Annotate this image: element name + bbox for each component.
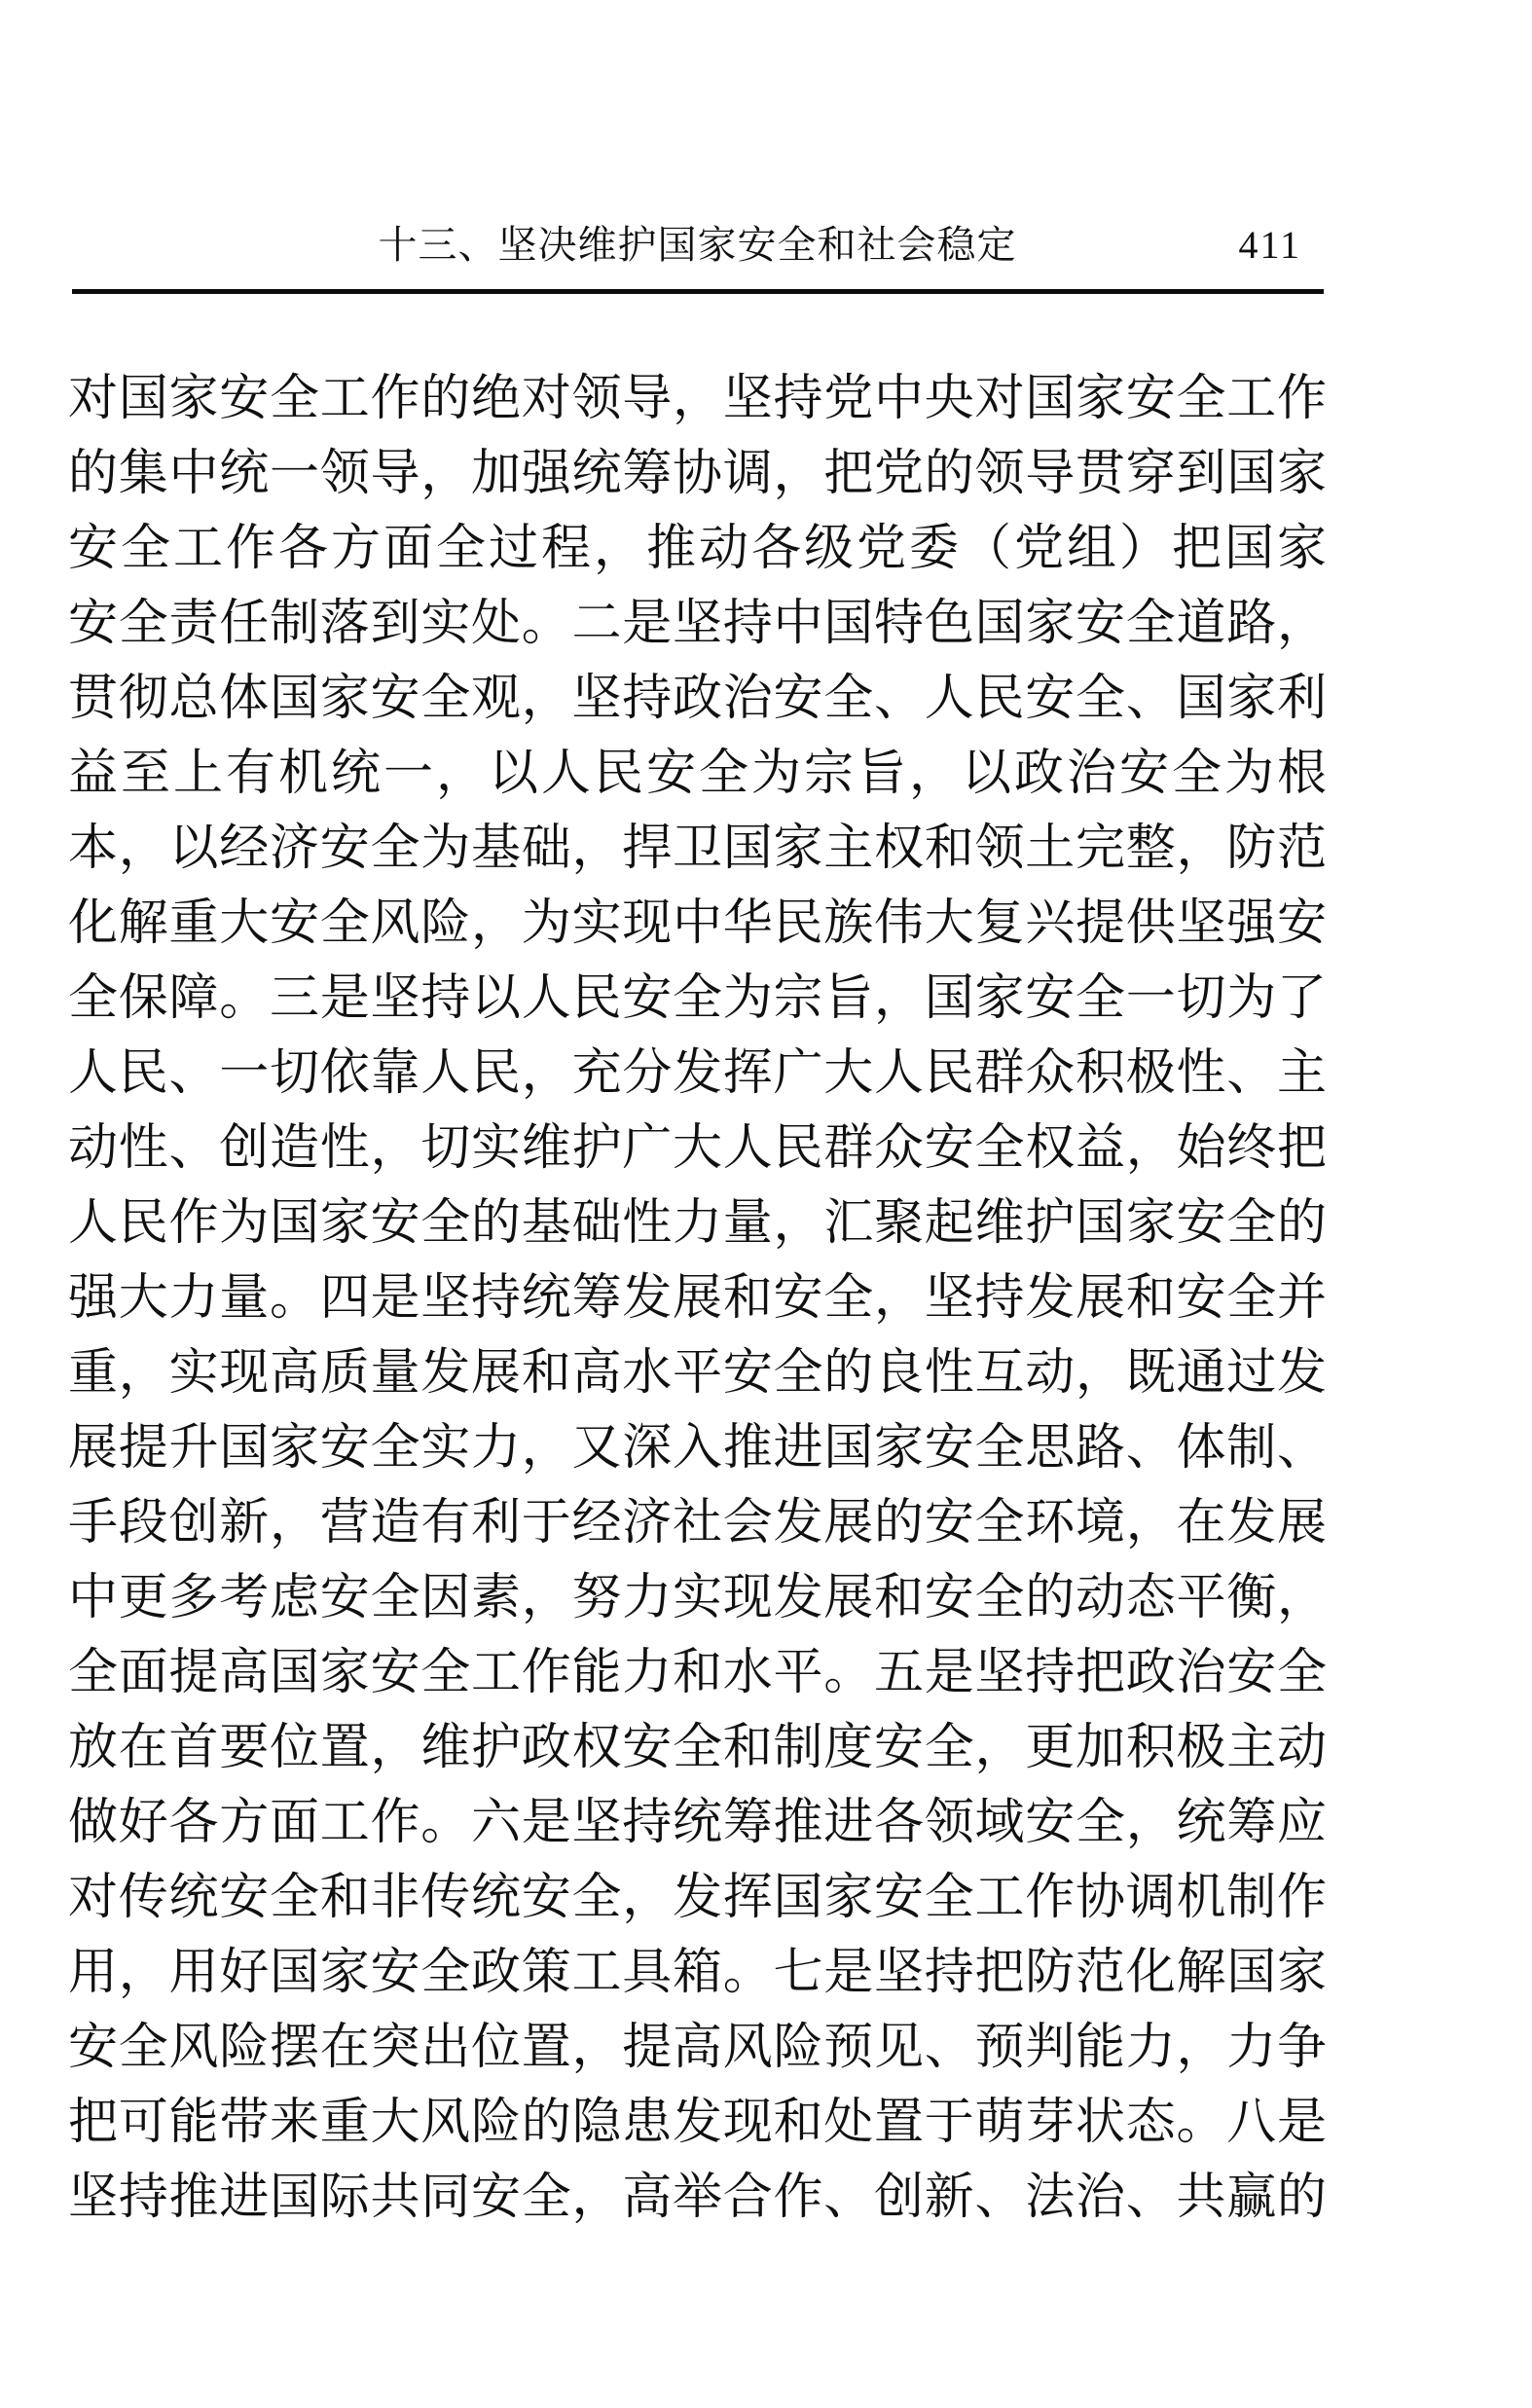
body-text-line: 对传统安全和非传统安全，发挥国家安全工作协调机制作 (68, 1861, 1327, 1936)
body-text-line: 用，用好国家安全政策工具箱。七是坚持把防范化解国家 (68, 1936, 1327, 2011)
body-text-line: 人民作为国家安全的基础性力量，汇聚起维护国家安全的 (68, 1186, 1327, 1261)
body-text-line: 强大力量。四是坚持统筹发展和安全，坚持发展和安全并 (68, 1261, 1327, 1336)
body-text-line: 展提升国家安全实力，又深入推进国家安全思路、体制、 (68, 1411, 1327, 1486)
page-number: 411 (1238, 218, 1301, 273)
body-text-line: 做好各方面工作。六是坚持统筹推进各领域安全，统筹应 (68, 1786, 1327, 1861)
body-text-line: 安全工作各方面全过程，推动各级党委（党组）把国家 (68, 512, 1327, 587)
body-text-line: 全面提高国家安全工作能力和水平。五是坚持把政治安全 (68, 1636, 1327, 1711)
body-text-line: 全保障。三是坚持以人民安全为宗旨，国家安全一切为了 (68, 962, 1327, 1037)
running-header: 十三、坚决维护国家安全和社会稳定 411 (68, 218, 1327, 273)
body-text-line: 重，实现高质量发展和高水平安全的良性互动，既通过发 (68, 1336, 1327, 1411)
body-text-line: 对国家安全工作的绝对领导，坚持党中央对国家安全工作 (68, 362, 1327, 437)
book-page: 十三、坚决维护国家安全和社会稳定 411 对国家安全工作的绝对领导，坚持党中央对… (0, 0, 1532, 2408)
body-text-line: 动性、创造性，切实维护广大人民群众安全权益，始终把 (68, 1112, 1327, 1186)
body-text-line: 把可能带来重大风险的隐患发现和处置于萌芽状态。八是 (68, 2086, 1327, 2161)
body-text-line: 放在首要位置，维护政权安全和制度安全，更加积极主动 (68, 1711, 1327, 1786)
body-text-line: 安全责任制落到实处。二是坚持中国特色国家安全道路， (68, 587, 1327, 662)
body-text-line: 的集中统一领导，加强统筹协调，把党的领导贯穿到国家 (68, 437, 1327, 512)
running-header-title: 十三、坚决维护国家安全和社会稳定 (68, 218, 1327, 273)
body-text-block: 对国家安全工作的绝对领导，坚持党中央对国家安全工作 的集中统一领导，加强统筹协调… (68, 362, 1327, 2236)
body-text-line: 益至上有机统一，以人民安全为宗旨，以政治安全为根 (68, 737, 1327, 812)
body-text-line: 手段创新，营造有利于经济社会发展的安全环境，在发展 (68, 1486, 1327, 1561)
body-text-line: 贯彻总体国家安全观，坚持政治安全、人民安全、国家利 (68, 662, 1327, 737)
body-text-line: 化解重大安全风险，为实现中华民族伟大复兴提供坚强安 (68, 887, 1327, 962)
body-text-line: 安全风险摆在突出位置，提高风险预见、预判能力，力争 (68, 2011, 1327, 2086)
header-rule (72, 289, 1324, 294)
body-text-line: 人民、一切依靠人民，充分发挥广大人民群众积极性、主 (68, 1037, 1327, 1112)
body-text-line: 中更多考虑安全因素，努力实现发展和安全的动态平衡， (68, 1561, 1327, 1636)
body-text-line: 坚持推进国际共同安全，高举合作、创新、法治、共赢的 (68, 2161, 1327, 2236)
body-text-line: 本，以经济安全为基础，捍卫国家主权和领土完整，防范 (68, 812, 1327, 887)
